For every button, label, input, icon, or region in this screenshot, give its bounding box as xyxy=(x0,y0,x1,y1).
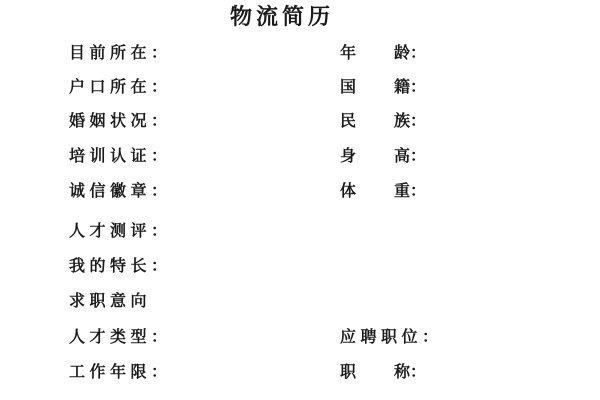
field-row: 婚姻状况： 民族： xyxy=(0,112,600,134)
field-row: 人才类型： 应聘职位： xyxy=(0,328,600,350)
field-label-desired-position: 应聘职位： xyxy=(340,328,443,347)
field-label-height: 身高： xyxy=(340,147,431,166)
field-label-age: 年龄： xyxy=(340,44,431,63)
field-label-talent-type: 人才类型： xyxy=(69,328,172,347)
field-row: 培训认证： 身高： xyxy=(0,147,600,169)
field-label-work-years: 工作年限： xyxy=(69,363,172,382)
field-row: 工作年限： 职称： xyxy=(0,363,600,385)
field-row: 求职意向 xyxy=(0,292,600,314)
field-label-current-location: 目前所在： xyxy=(69,44,172,63)
field-row: 目前所在： 年龄： xyxy=(0,44,600,66)
section-heading-job-intention: 求职意向 xyxy=(69,292,151,311)
field-row: 我的特长： xyxy=(0,257,600,279)
field-row: 人才测评： xyxy=(0,222,600,244)
field-label-nationality: 国籍： xyxy=(340,78,431,97)
field-row: 户口所在： 国籍： xyxy=(0,78,600,100)
field-label-training-certification: 培训认证： xyxy=(69,147,172,166)
field-label-weight: 体重： xyxy=(340,182,431,201)
field-label-integrity-badge: 诚信徽章： xyxy=(69,182,172,201)
field-label-talent-assessment: 人才测评： xyxy=(69,222,172,241)
field-label-professional-title: 职称： xyxy=(340,363,431,382)
field-label-my-strengths: 我的特长： xyxy=(69,257,172,276)
field-label-household-registration: 户口所在： xyxy=(69,78,172,97)
field-label-marital-status: 婚姻状况： xyxy=(69,112,172,131)
field-label-ethnicity: 民族： xyxy=(340,112,431,131)
page-title: 物流简历 xyxy=(0,4,600,29)
resume-document: 物流简历 目前所在： 年龄： 户口所在： 国籍： 婚姻状况： 民族： 培训认证：… xyxy=(0,0,600,400)
field-row: 诚信徽章： 体重： xyxy=(0,182,600,204)
